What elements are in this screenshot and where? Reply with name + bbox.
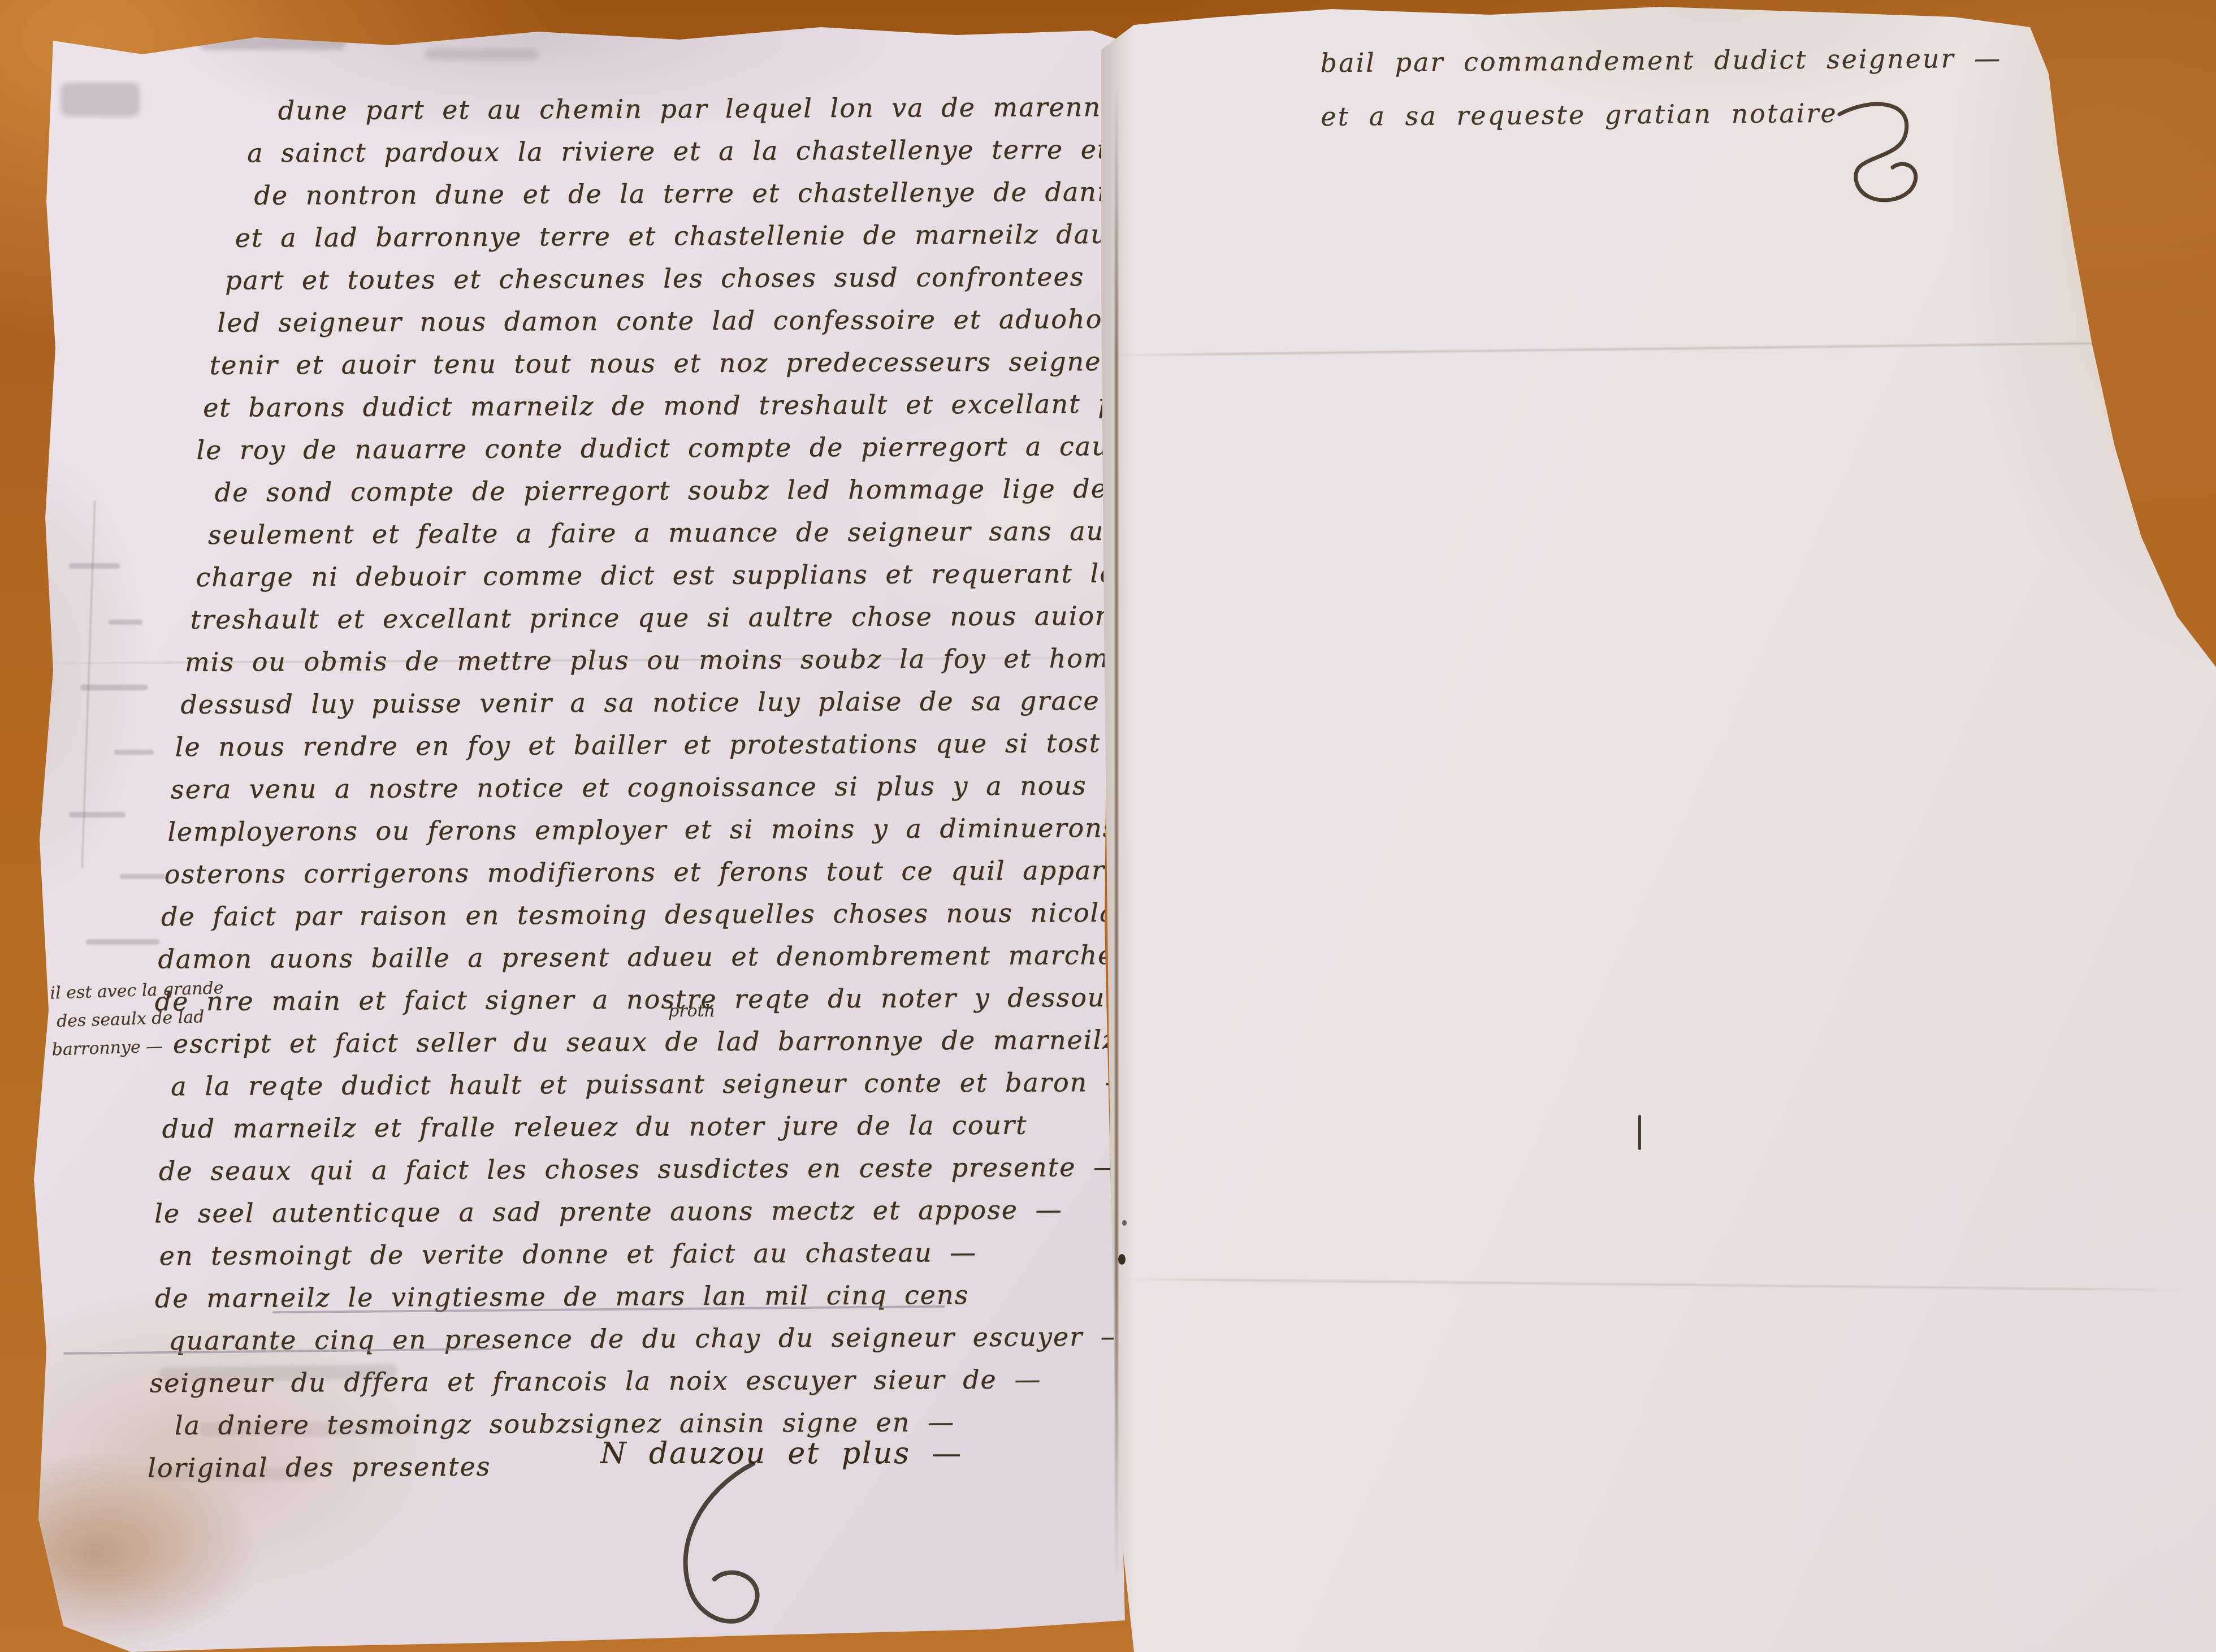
manuscript-photo: { "scene": { "background_color": "#b2691… [0, 0, 2216, 1652]
manuscript-line: bail par commandement dudict seigneur — [1320, 32, 2002, 90]
manuscript-line: treshault et excellant prince que si aul… [29, 595, 1137, 642]
manuscript-line: de nontron dune et de la terre et chaste… [27, 171, 1135, 218]
manuscript-line: en tesmoingt de verite donne et faict au… [31, 1231, 1139, 1278]
right-page: bail par commandement dudict seigneur — … [1094, 0, 2216, 1652]
manuscript-line: damon auons baille a present adueu et de… [30, 934, 1138, 981]
left-page-text: dune part et au chemin par lequel lon va… [27, 86, 1141, 1490]
page-fold-gutter [1115, 85, 1118, 1577]
manuscript-line: osterons corrigerons modifierons et fero… [30, 849, 1138, 897]
manuscript-line: tenir et auoir tenu tout nous et noz pre… [28, 340, 1136, 388]
manuscript-line: part et toutes et chescunes les choses s… [27, 256, 1135, 303]
notary-paraphe-icon [1829, 96, 1931, 215]
manuscript-line: quarante cinq en presence de du chay du … [32, 1316, 1140, 1363]
interline-abbreviation: proth [668, 1001, 715, 1021]
manuscript-line: de seaux qui a faict les choses susdicte… [31, 1146, 1139, 1193]
manuscript-line: charge ni debuoir comme dict est supplia… [28, 552, 1136, 600]
crease-line [1111, 341, 2185, 356]
manuscript-line: a la reqte dudict hault et puissant seig… [31, 1061, 1139, 1109]
deckle-smudge [199, 35, 346, 50]
manuscript-line: le roy de nauarre conte dudict compte de… [28, 425, 1136, 473]
manuscript-line: dud marneilz et fralle releuez du noter … [31, 1104, 1139, 1151]
manuscript-line: de sond compte de pierregort soubz led h… [28, 468, 1136, 515]
deckle-smudge [425, 49, 538, 60]
left-page: dune part et au chemin par lequel lon va… [29, 20, 1137, 1652]
manuscript-line: la dniere tesmoingz soubzsignez ainsin s… [32, 1400, 1140, 1448]
notary-signature: N dauzou et plus — [600, 1437, 963, 1471]
crease-line [1117, 1278, 2185, 1291]
manuscript-line: dune part et au chemin par lequel lon va… [27, 86, 1135, 133]
manuscript-line: de marneilz le vingtiesme de mars lan mi… [32, 1273, 1140, 1321]
manuscript-line: sera venu a nostre notice et cognoissanc… [29, 764, 1137, 812]
manuscript-line: a sainct pardoux la riviere et a la chas… [27, 128, 1135, 176]
ink-speck [1122, 1220, 1127, 1226]
manuscript-line: de faict par raison en tesmoing desquell… [30, 892, 1138, 939]
signature-flourish-icon [663, 1459, 776, 1640]
manuscript-line: et barons dudict marneilz de mond tresha… [28, 383, 1136, 430]
manuscript-line: loriginal des presentes [32, 1443, 1140, 1490]
manuscript-line: seulement et fealte a faire a muance de … [28, 510, 1136, 557]
ink-stroke [1638, 1115, 1641, 1150]
ink-speck [1118, 1254, 1126, 1265]
manuscript-line: et a lad barronnye terre et chastellenie… [27, 213, 1135, 261]
manuscript-line: led seigneur nous damon conte lad confes… [27, 298, 1135, 345]
manuscript-line: lemployerons ou ferons employer et si mo… [29, 807, 1137, 854]
manuscript-line: le seel autenticque a sad prente auons m… [31, 1188, 1139, 1236]
margin-note: il est avec la grande des seaulx de lad … [50, 972, 290, 1064]
manuscript-line: seigneur du dffera et francois la noix e… [32, 1358, 1140, 1406]
manuscript-line: le nous rendre en foy et bailler et prot… [29, 722, 1137, 769]
manuscript-line: mis ou obmis de mettre plus ou moins sou… [29, 637, 1137, 685]
manuscript-line: dessusd luy puisse venir a sa notice luy… [29, 680, 1137, 727]
